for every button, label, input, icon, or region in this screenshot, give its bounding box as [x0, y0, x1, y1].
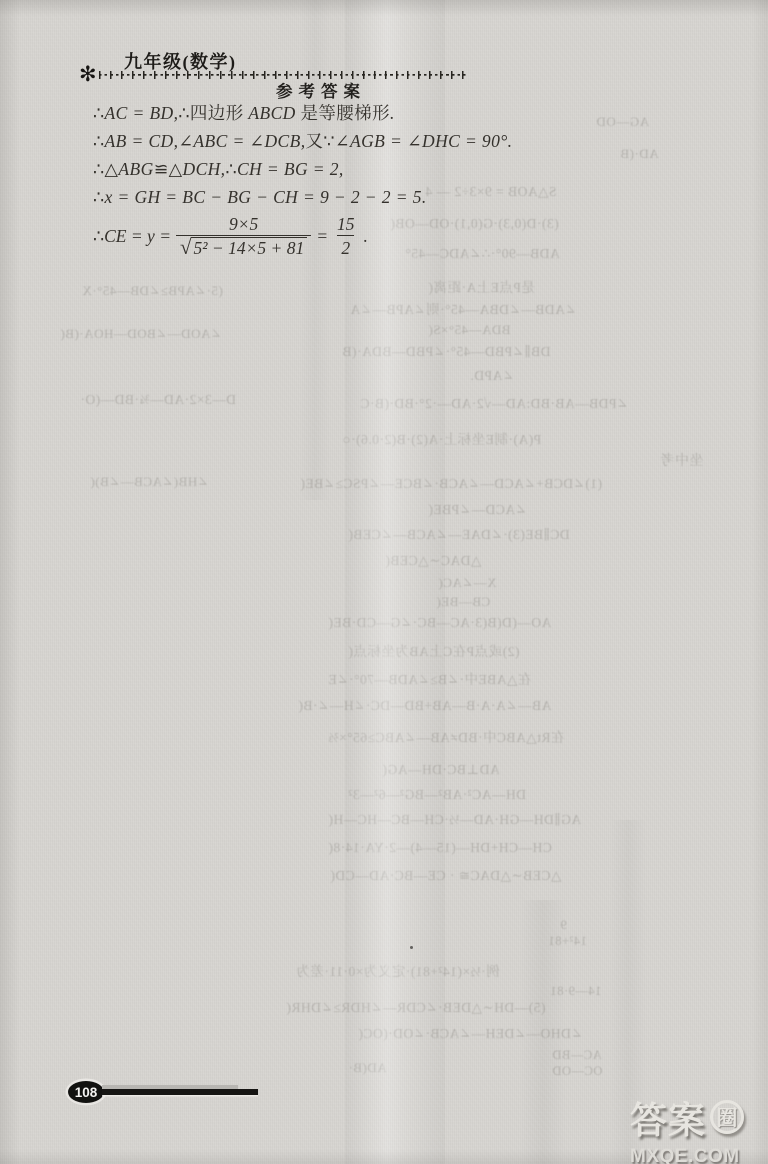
- scanned-answer-page: AG—ODAD·(BS△AOB = 9×3÷2 — 4(3)·D(0,3)·G(…: [0, 0, 768, 1164]
- bleedthrough-line: ∠ACD—∠PBE(: [428, 502, 527, 518]
- watermark-brand: 答案 圈: [630, 1090, 764, 1144]
- bleedthrough-line: (5·∠APB≥∠DB—45°·X: [82, 283, 223, 299]
- bleedthrough-line: DC∥BE(3)·∠DAE—∠ACB—∠CEB(: [348, 527, 570, 543]
- solution-line: ∴△ABG≌△DCH,∴CH = BG = 2,: [93, 158, 573, 181]
- bleedthrough-line: 例·½×(14²+81)·定义为×0·11·差为: [296, 960, 500, 980]
- bleedthrough-line: D—3×2·AD—¾·BD—(O·: [80, 392, 236, 408]
- bleedthrough-line: BDA—45°×S(: [428, 322, 511, 338]
- fraction-denominator: √ 5² − 14×5 + 81: [176, 235, 311, 259]
- bleedthrough-line: 在Rt△ABC中·BD≠AB—∠ABC≥65°×⅔: [328, 726, 564, 746]
- sqrt-radicand: 5² − 14×5 + 81: [191, 237, 308, 258]
- bleedthrough-line: OC—OD: [552, 1064, 602, 1079]
- flower-icon: ✻: [79, 62, 97, 86]
- bleedthrough-line: CH—CH+DH—(15—4)—2·YA·14·8(: [328, 840, 552, 856]
- page-rule: [102, 1089, 258, 1095]
- solution-line: ∴AC = BD,∴四边形 ABCD 是等腰梯形.: [93, 102, 573, 125]
- bleedthrough-line: 9: [560, 918, 567, 933]
- formula-equals: =: [316, 226, 328, 247]
- sqrt-expression: √ 5² − 14×5 + 81: [180, 237, 307, 258]
- solution-formula: ∴CE = y = 9×5 √ 5² − 14×5 + 81 = 15 2 .: [93, 214, 573, 259]
- bleedthrough-line: ∠PDB—AB·BD:AD—√2·AD—·2°·BD·(B·C: [360, 396, 628, 412]
- bleedthrough-line: (5)—DH∽△DEB·∠CDR—∠HDR≥∠DHR(: [286, 1000, 546, 1016]
- site-watermark: 答案 圈 MXQE.COM: [630, 1090, 764, 1164]
- fraction-numerator: 9×5: [225, 214, 262, 235]
- watermark-site-url: MXQE.COM: [630, 1146, 764, 1164]
- bleedthrough-line: AB—∠A·A·B—AB+BD—DC·∠H—∠·B(: [298, 698, 551, 714]
- bleedthrough-line: AO—(D(B(3·AC—BC·∠G—CD·BE(: [328, 615, 551, 631]
- formula-lead: ∴CE = y =: [93, 226, 171, 247]
- bleedthrough-line: 坐中考: [660, 450, 704, 470]
- bleedthrough-line: 是P点E上A·距离(: [428, 276, 535, 296]
- page-number-badge: 108: [68, 1081, 104, 1103]
- bleedthrough-line: DB∥∠PBD—45°·∠PBD—BDA·(B: [342, 344, 551, 360]
- solution-line: ∴AB = CD,∠ABC = ∠DCB,又∵∠AGB = ∠DHC = 90°…: [93, 130, 573, 153]
- solution-block: ∴AC = BD,∴四边形 ABCD 是等腰梯形.∴AB = CD,∠ABC =…: [93, 102, 573, 259]
- formula-period: .: [364, 226, 368, 247]
- scan-streak: [520, 900, 566, 1164]
- solution-lines: ∴AC = BD,∴四边形 ABCD 是等腰梯形.∴AB = CD,∠ABC =…: [93, 102, 573, 209]
- bleedthrough-line: 14—9·81: [550, 984, 601, 999]
- bleedthrough-line: △DAC∽△CEB(: [385, 553, 481, 569]
- bleedthrough-line: △CEB∽△DAC≌ · CE—BC·AD—CD(: [330, 868, 561, 884]
- bleedthrough-line: DH—AC²·AB²—BG²—6²—3²: [348, 787, 526, 803]
- bleedthrough-line: AD⊥BC·DH—AG(: [382, 762, 500, 778]
- bleedthrough-line: P(A)·制E坐标上·A(2)·B(2·0.6)·○: [342, 428, 541, 448]
- page-title: 参考答案: [276, 78, 366, 102]
- bleedthrough-line: CB—BE(: [436, 594, 490, 610]
- bleedthrough-line: ∠APD.: [470, 368, 514, 384]
- bleedthrough-line: AD·(B: [620, 146, 659, 162]
- bleedthrough-line: ∠ADB—∠DBA—45°·则∠APB—∠A: [350, 298, 577, 318]
- fraction-main: 9×5 √ 5² − 14×5 + 81: [176, 214, 311, 259]
- bleedthrough-line: AD(B·: [348, 1060, 387, 1076]
- bleedthrough-line: AG∥DH—GH·AD—½·CH—BC—HC—H(: [328, 812, 581, 828]
- scan-streak: [610, 820, 646, 1164]
- paper-speck: [410, 946, 413, 949]
- solution-line: ∴x = GH = BC − BG − CH = 9 − 2 − 2 = 5.: [93, 186, 573, 209]
- result-denominator: 2: [337, 235, 354, 259]
- watermark-brand-text: 答案: [630, 1090, 706, 1144]
- bleedthrough-line: 在△ABE中·∠B≥∠ADB—70°·∠E: [328, 668, 531, 688]
- bleedthrough-line: ∠AOD—∠BOD—HOA·(B(: [60, 326, 222, 342]
- bleedthrough-line: AC—BD: [552, 1048, 602, 1063]
- bleedthrough-line: ∠HB(∠ACB—∠B)(: [90, 474, 209, 490]
- bleedthrough-line: ∠DHO—∠DEH—∠ACB·∠OD·(OC(: [358, 1026, 583, 1042]
- bleedthrough-line: (2)或点P在C上AB为坐标点(: [348, 640, 520, 660]
- bleedthrough-line: (1)∠DCB+∠ACD—∠ACB·∠BCE—∠PSC≥∠BE(: [300, 476, 602, 492]
- bleedthrough-line: X—∠AC(: [438, 575, 497, 591]
- fraction-result: 15 2: [333, 214, 359, 259]
- bleedthrough-line: AG—OD: [596, 114, 649, 130]
- result-numerator: 15: [333, 214, 359, 235]
- watermark-circle-icon: 圈: [710, 1100, 744, 1134]
- bleedthrough-line: 14²+81: [548, 934, 587, 949]
